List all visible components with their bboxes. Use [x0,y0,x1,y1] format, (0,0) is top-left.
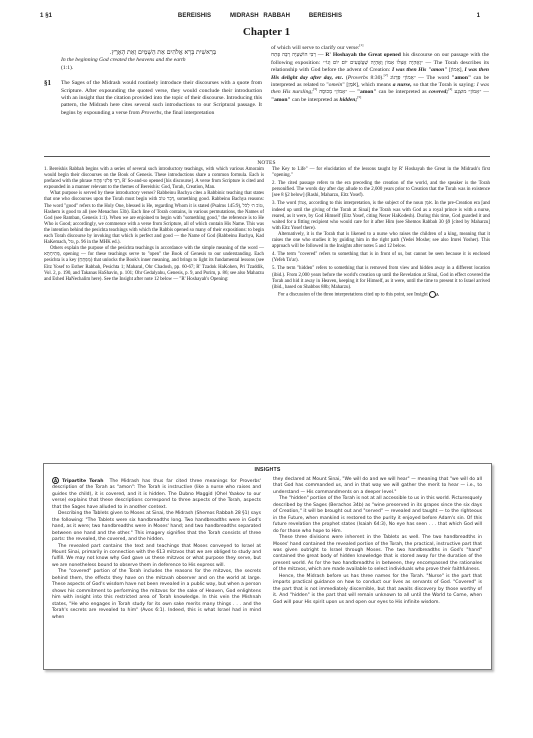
bold-word: "amon" [451,75,471,81]
bold-word: "amon" [271,97,291,103]
notes-left-column: 1. Bereishis Rabbah begins with a series… [44,167,264,283]
book-page: 1 §1 BEREISHIS MIDRASH RABBAH BEREISHIS … [0,0,533,738]
running-head: 1 §1 BEREISHIS MIDRASH RABBAH BEREISHIS … [40,13,480,23]
text: can be interpreted as [377,89,429,95]
note-5-paragraph-2: For a discussion of the three interpreta… [272,291,490,299]
hebrew-lemma: ״וָאֶהְיֶה אֶצְלוֹ אָמוֹן וָאֶהְיֶה שַׁע… [323,60,423,66]
section-1: §1 The Sages of the Midrash would routin… [44,80,262,117]
bold-translation: I was then His "amon" [392,67,447,73]
section-text-italic: Proverbs [141,110,161,116]
running-head-book-2: BEREISHIS [309,13,342,19]
text: — The word [416,75,452,81]
insight-paragraph: The revealed part contains the text and … [52,544,261,570]
bold-translation: R' Hoshayah the Great opened [325,52,401,58]
insight-heading: Tripartite Torah [62,479,103,484]
page-number: 1 [477,13,480,19]
text: of which will serve to clarify our verse… [271,45,359,51]
verse-reference: (1:1). [61,65,73,71]
text: For a discussion of the three interpreta… [278,292,428,297]
hebrew-word: [אָמוֹן], [447,67,464,73]
text: — [481,89,489,95]
insight-a-link[interactable]: A [429,291,436,298]
insight-paragraph: they declared at Mount Sinai, "We will d… [273,477,482,496]
hebrew-lemma: ״אָמוֹן״ מוּצְנָע [454,89,481,95]
insight-paragraph: A Tripartite Torah The Midrash has thus … [52,477,261,511]
note-3: 3. The word אָמוֹן, according to this in… [272,201,490,231]
note-4: 4. The term "covered" refers to somethin… [272,252,490,264]
text: — [316,52,325,58]
hebrew-lemma: ״אָמוֹן״ פַּדְגּוֹג [390,75,416,81]
verse-english: In the beginning God created the heavens… [61,57,186,63]
verse-hebrew: בְּרֵאשִׁית בָּרָא אֱלֹהִים אֵת הַשָּׁמַ… [44,49,262,56]
insight-paragraph: The "covered" portion of the Torah inclu… [52,569,261,621]
running-head-work: MIDRASH RABBAH [230,13,290,19]
bold-translation: a nurse, [393,82,412,88]
note-1: 1. Bereishis Rabbah begins with a series… [44,167,264,191]
main-text-left-column: בְּרֵאשִׁית בָּרָא אֱלֹהִים אֵת הַשָּׁמַ… [44,45,262,117]
note-ref[interactable]: [3] [313,88,317,92]
insight-paragraph: These three divisions were inherent in t… [273,535,482,574]
insight-paragraph: The "hidden" portion of the Torah is not… [273,496,482,535]
section-text-end: , the final interpretation [161,110,214,116]
notes-heading: NOTES [0,160,533,166]
text: so that the Torah is saying: [412,82,477,88]
citation: 8:30). [368,75,384,81]
note-ref[interactable]: [2] [384,73,388,77]
section-mark: §1 [44,80,51,87]
insights-left-column: A Tripartite Torah The Midrash has thus … [52,477,261,621]
hebrew-lemma: ״אָמוֹן״ מְכוּסֶה [319,89,347,95]
chapter-title: Chapter 1 [0,26,533,38]
note-ref[interactable]: [4] [448,88,452,92]
note-ref[interactable]: [1] [359,43,363,47]
notes-divider [44,156,490,157]
note-ref[interactable]: [5] [357,95,361,99]
bold-translation: hidden; [340,97,358,103]
verse-translation: In the beginning God created the heavens… [44,57,262,72]
text: — [347,89,357,95]
notes-right-column: The Key to Life" — for elucidation of th… [272,167,490,299]
bold-translation: covered; [429,89,449,95]
insights-box: INSIGHTS A Tripartite Torah The Midrash … [43,463,492,670]
insight-paragraph: Describing the Tablets given to Moses at… [52,511,261,543]
running-head-center: BEREISHIS MIDRASH RABBAH BEREISHIS [40,13,480,19]
hebrew-lemma: רַבִּי הוֹשַׁעְיָה רַבָּה פָּתַח [271,52,316,58]
text: . [436,292,437,297]
citation: Proverbs [348,75,368,81]
text: can be interpreted as [291,97,340,103]
note-3-paragraph-2: Alternatively, it is the Torah that is l… [272,232,490,250]
note-1-paragraph-2: What purpose is served by these introduc… [44,191,264,246]
italic-word: omein [329,82,343,88]
running-head-book: BEREISHIS [178,13,211,19]
note-2: 2. The cited passage refers to the era p… [272,181,490,199]
text: " [אֹמֵן], which means [342,82,392,88]
insight-paragraph: Hence, the Midrash before us has three n… [273,574,482,606]
insights-title: INSIGHTS [44,467,491,473]
insight-marker-a: A [52,477,59,484]
note-5: 5. The term "hidden" refers to something… [272,266,490,290]
note-1-continued: The Key to Life" — for elucidation of th… [272,167,490,179]
note-1-paragraph-3: Others explain the purpose of the pesich… [44,246,264,283]
main-text-right-column: of which will serve to clarify our verse… [271,45,489,104]
insights-right-column: they declared at Mount Sinai, "We will d… [273,477,482,606]
